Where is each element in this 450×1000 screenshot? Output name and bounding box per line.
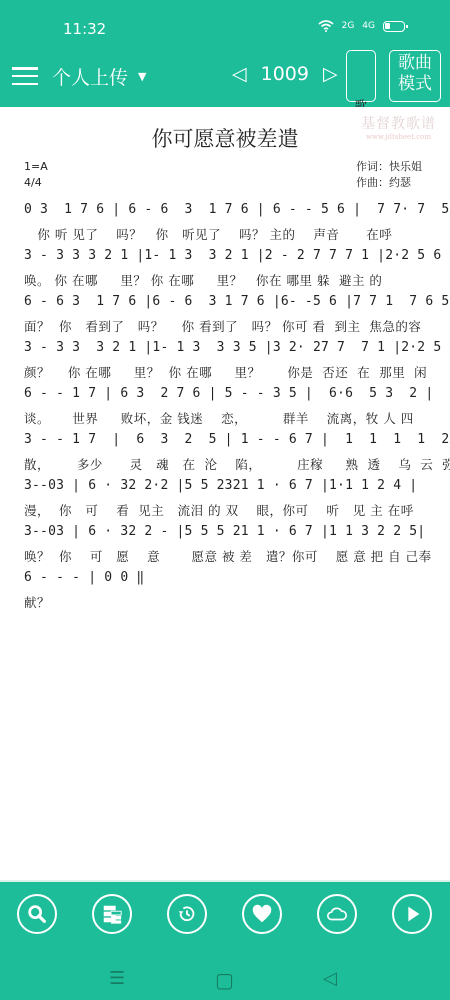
- back-icon[interactable]: ◁: [323, 968, 337, 989]
- notation-row: 3 - - 1 7 | 6 3 2 5 | 1 - - 6 7 | 1 1 1 …: [24, 432, 434, 455]
- previous-song-icon[interactable]: ◁: [232, 63, 247, 85]
- search-icon: [26, 903, 48, 925]
- time-signature: 4/4: [24, 175, 48, 191]
- lyric-row: 唤？ 你 可 愿 意 愿意 被 差 遣？你可 愿 意 把 自 己奉: [24, 547, 434, 570]
- composer: 作曲：约瑟: [356, 175, 422, 191]
- song-mode-line1: 歌曲: [393, 53, 437, 74]
- bottom-toolbar: ☰ ▢ ◁: [0, 880, 450, 1000]
- play-icon: [401, 903, 423, 925]
- lyric-row: 散， 多少 灵 魂 在 沦 陷， 庄稼 熟 透 乌 云 弥: [24, 455, 434, 478]
- score: 0 3 1 7 6 | 6 - 6 3 1 7 6 | 6 - - 5 6 | …: [24, 202, 434, 616]
- sheet-music[interactable]: 基督教歌谱 www.jdtsheet.com 你可愿意被差遣 1=A 4/4 作…: [0, 107, 450, 880]
- lyric-row: 你 听 见了 吗？ 你 听见了 吗？ 主的 声音 在呼: [24, 225, 434, 248]
- lyrics-button[interactable]: 歌 词: [346, 50, 376, 102]
- app-bar: 个人上传 ▼ ◁ 1009 ▷ 歌 词 歌曲 模式: [0, 45, 450, 107]
- play-button[interactable]: [392, 894, 432, 934]
- lyric-row: 唤。 你 在哪 里？ 你 在哪 里？ 你在 哪里 躲 避主 的: [24, 271, 434, 294]
- category-dropdown[interactable]: 个人上传 ▼: [52, 63, 146, 90]
- battery-icon: [383, 21, 405, 32]
- song-number: 1009: [261, 63, 309, 85]
- heart-icon: [251, 903, 273, 925]
- song-mode-line2: 模式: [393, 74, 437, 95]
- signal-2g-icon: 2G: [342, 21, 355, 31]
- history-icon: [176, 903, 198, 925]
- song-navigator: ◁ 1009 ▷: [232, 63, 338, 85]
- cloud-icon: [326, 903, 348, 925]
- key-info: 1=A 4/4: [24, 159, 48, 191]
- notation-row: 6 - - - | 0 0 ‖: [24, 570, 434, 593]
- list-icon: [101, 903, 123, 925]
- system-navigation: ☰ ▢ ◁: [0, 960, 450, 990]
- notation-row: 3--03 | 6 · 32 2 - |5 5 5 21 1 · 6 7 |1 …: [24, 524, 434, 547]
- notation-row: 3 - 3 3 3 2 1 |1- 1 3 3 2 1 |2 - 2 7 7 7…: [24, 248, 434, 271]
- song-title: 你可愿意被差遣: [0, 123, 450, 153]
- status-icons: 2G 4G: [318, 20, 405, 32]
- notation-row: 6 - 6 3 1 7 6 |6 - 6 3 1 7 6 |6- -5 6 |7…: [24, 294, 434, 317]
- lyric-row: 面？ 你 看到了 吗？ 你 看到了 吗？ 你可 看 到主 焦急的容: [24, 317, 434, 340]
- home-icon[interactable]: ▢: [215, 968, 234, 992]
- lyricist: 作词：快乐姐: [356, 159, 422, 175]
- credits: 作词：快乐姐 作曲：约瑟: [356, 159, 422, 191]
- wifi-icon: [318, 20, 334, 32]
- caret-down-icon: ▼: [138, 70, 146, 83]
- search-button[interactable]: [17, 894, 57, 934]
- song-list-button[interactable]: [92, 894, 132, 934]
- favorites-button[interactable]: [242, 894, 282, 934]
- lyric-row: 谈。 世界 败坏，金 钱迷 恋， 群羊 流离，牧 人 四: [24, 409, 434, 432]
- notation-row: 0 3 1 7 6 | 6 - 6 3 1 7 6 | 6 - - 5 6 | …: [24, 202, 434, 225]
- category-label: 个人上传: [52, 63, 128, 90]
- lyric-row: 献？: [24, 593, 434, 616]
- lyric-row: 颜？ 你 在哪 里？ 你 在哪 里？ 你是 否还 在 那里 闲: [24, 363, 434, 386]
- next-song-icon[interactable]: ▷: [323, 63, 338, 85]
- key-signature: 1=A: [24, 159, 48, 175]
- signal-4g-icon: 4G: [362, 21, 375, 31]
- lyric-row: 漫， 你 可 看 见主 流泪 的 双 眼，你可 听 见 主 在呼: [24, 501, 434, 524]
- notation-row: 3 - 3 3 3 2 1 |1- 1 3 3 3 5 |3 2· 27 7 7…: [24, 340, 434, 363]
- status-time: 11:32: [63, 20, 106, 38]
- notation-row: 6 - - 1 7 | 6 3 2 7 6 | 5 - - 3 5 | 6·6 …: [24, 386, 434, 409]
- cloud-button[interactable]: [317, 894, 357, 934]
- notation-row: 3--03 | 6 · 32 2·2 |5 5 2321 1 · 6 7 |1·…: [24, 478, 434, 501]
- recent-apps-icon[interactable]: ☰: [109, 968, 125, 989]
- song-mode-button[interactable]: 歌曲 模式: [389, 50, 441, 102]
- history-button[interactable]: [167, 894, 207, 934]
- hamburger-menu-icon[interactable]: [12, 67, 38, 85]
